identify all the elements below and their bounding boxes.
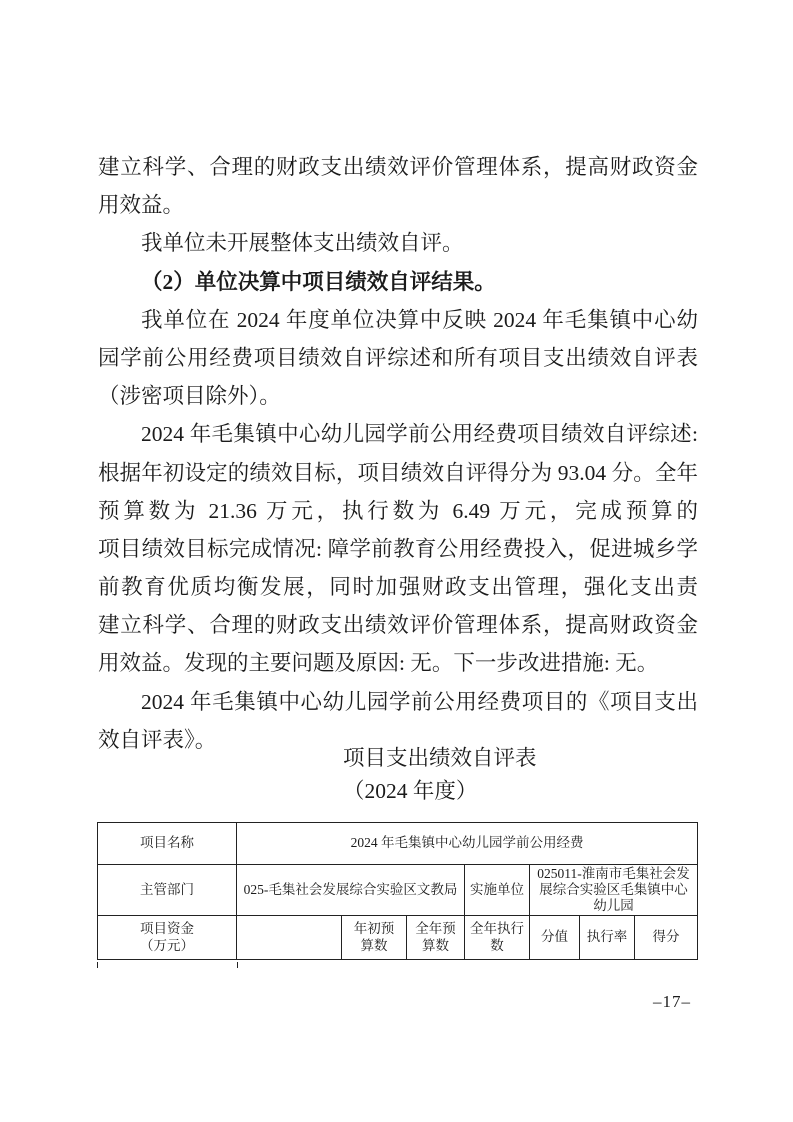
project-funds-line: 项目资金 (100, 921, 234, 938)
supervisor-dept-value: 025-毛集社会发展综合实验区文教局 (237, 865, 465, 916)
project-funds-line: （万元） (100, 938, 234, 955)
project-funds-empty-cell (237, 916, 342, 960)
body-line: （涉密项目除外）。 (98, 377, 698, 415)
body-line: 前教育优质均衡发展，同时加强财政支出管理，强化支出责任， (98, 568, 698, 606)
annual-budget-line: 全年预 (409, 921, 462, 938)
table-title: 项目支出绩效自评表 (343, 742, 537, 774)
annual-execution-line: 全年执行 (467, 921, 527, 938)
project-funds-label: 项目资金 （万元） (98, 916, 237, 960)
body-line: 我单位未开展整体支出绩效自评。 (98, 224, 698, 262)
body-line: 用效益。发现的主要问题及原因: 无。下一步改进措施: 无。 (98, 644, 698, 682)
annual-budget-header: 全年预 算数 (407, 916, 465, 960)
body-line: 我单位在 2024 年度单位决算中反映 2024 年毛集镇中心幼儿 (98, 301, 698, 339)
table-row: 主管部门 025-毛集社会发展综合实验区文教局 实施单位 025011-淮南市毛… (98, 865, 698, 916)
execution-rate-header: 执行率 (580, 916, 635, 960)
supervisor-dept-label: 主管部门 (98, 865, 237, 916)
initial-budget-line: 年初预 (344, 921, 404, 938)
initial-budget-line: 算数 (344, 938, 404, 955)
body-line: 根据年初设定的绩效目标，项目绩效自评得分为 93.04 分。全年 (98, 454, 698, 492)
annual-execution-line: 数 (467, 938, 527, 955)
body-line: 预算数为 21.36 万元，执行数为 6.49 万元，完成预算的 30.41%。 (98, 492, 698, 530)
project-name-label: 项目名称 (98, 823, 237, 865)
self-evaluation-table: 项目名称 2024 年毛集镇中心幼儿园学前公用经费 主管部门 025-毛集社会发… (97, 822, 698, 960)
body-line: 2024 年毛集镇中心幼儿园学前公用经费项目绩效自评综述: (98, 415, 698, 453)
points-header: 得分 (635, 916, 698, 960)
annual-budget-line: 算数 (409, 938, 462, 955)
implementing-unit-line: 幼儿园 (532, 898, 695, 914)
body-text-block: 建立科学、合理的财政支出绩效评价管理体系，提高财政资金使 用效益。 我单位未开展… (98, 148, 698, 759)
body-line: 建立科学、合理的财政支出绩效评价管理体系，提高财政资金使 (98, 148, 698, 186)
table-subtitle: （2024 年度） (343, 775, 477, 807)
table-border-extension (97, 962, 98, 968)
body-line: 项目绩效目标完成情况: 障学前教育公用经费投入，促进城乡学 (98, 530, 698, 568)
implementing-unit-value: 025011-淮南市毛集社会发 展综合实验区毛集镇中心 幼儿园 (530, 865, 698, 916)
body-line: 建立科学、合理的财政支出绩效评价管理体系，提高财政资金使 (98, 606, 698, 644)
implementing-unit-line: 展综合实验区毛集镇中心 (532, 882, 695, 898)
table-row: 项目名称 2024 年毛集镇中心幼儿园学前公用经费 (98, 823, 698, 865)
body-line: 2024 年毛集镇中心幼儿园学前公用经费项目的《项目支出绩 (98, 683, 698, 721)
document-page: 建立科学、合理的财政支出绩效评价管理体系，提高财政资金使 用效益。 我单位未开展… (0, 0, 793, 1122)
implementing-unit-line: 025011-淮南市毛集社会发 (532, 866, 695, 882)
table-row: 项目资金 （万元） 年初预 算数 全年预 算数 全年执行 数 分值 执行率 得分 (98, 916, 698, 960)
score-value-header: 分值 (530, 916, 580, 960)
project-name-value: 2024 年毛集镇中心幼儿园学前公用经费 (237, 823, 698, 865)
implementing-unit-label: 实施单位 (465, 865, 530, 916)
annual-execution-header: 全年执行 数 (465, 916, 530, 960)
section-heading: （2）单位决算中项目绩效自评结果。 (98, 263, 698, 301)
initial-budget-header: 年初预 算数 (342, 916, 407, 960)
table-border-extension (237, 962, 238, 968)
body-line: 用效益。 (98, 186, 698, 224)
page-number: –17– (637, 993, 707, 1011)
body-line: 园学前公用经费项目绩效自评综述和所有项目支出绩效自评表 (98, 339, 698, 377)
